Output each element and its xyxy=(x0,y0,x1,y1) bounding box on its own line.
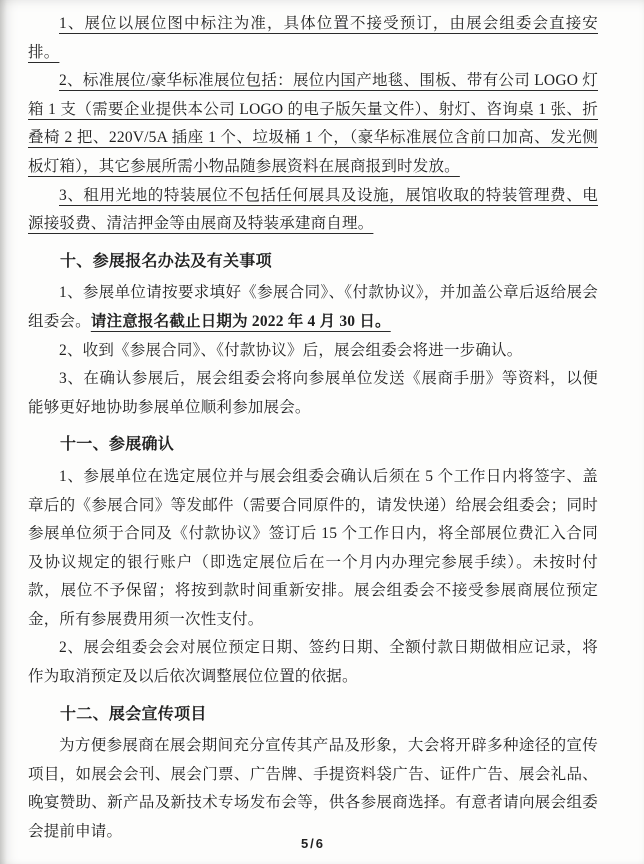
text-run: 2、标准展位/豪华标准展位包括：展位内国产地毯、围板、带有公司 LOGO 灯箱 … xyxy=(28,72,598,175)
emphasis-text-run: 请注意报名截止日期为 2022 年 4 月 30 日。 xyxy=(91,313,391,330)
paragraph: 3、在确认参展后，展会组委会将向参展单位发送《展商手册》等资料，以便能够更好地协… xyxy=(28,365,598,422)
paragraph: 1、参展单位在选定展位并与展会组委会确认后须在 5 个工作日内将签字、盖章后的《… xyxy=(28,463,598,635)
text-block: 1、展位以展位图中标注为准，具体位置不接受预订，由展会组委会直接安排。2、标准展… xyxy=(28,10,598,847)
text-run: 2、展会组委会会对展位预定日期、签约日期、全额付款日期做相应记录，将作为取消预定… xyxy=(28,639,598,685)
page-footer: 5/6 xyxy=(28,836,598,851)
paragraph: 1、参展单位请按要求填好《参展合同》、《付款协议》，并加盖公章后返给展会组委会。… xyxy=(28,279,598,336)
emphasis-text-run: 十二、展会宣传项目 xyxy=(60,706,207,723)
scan-edge-shadow xyxy=(0,0,7,864)
paragraph: 为方便参展商在展会期间充分宣传其产品及形象，大会将开辟多种途径的宣传项目，如展会… xyxy=(28,732,598,846)
paragraph: 2、展会组委会会对展位预定日期、签约日期、全额付款日期做相应记录，将作为取消预定… xyxy=(28,634,598,691)
text-run: 为方便参展商在展会期间充分宣传其产品及形象，大会将开辟多种途径的宣传项目，如展会… xyxy=(28,737,598,840)
text-run: 1、参展单位在选定展位并与展会组委会确认后须在 5 个工作日内将签字、盖章后的《… xyxy=(28,468,598,628)
section-heading: 十一、参展确认 xyxy=(28,431,598,460)
emphasis-text-run: 十、参展报名办法及有关事项 xyxy=(60,253,272,270)
paragraph: 1、展位以展位图中标注为准，具体位置不接受预订，由展会组委会直接安排。 xyxy=(28,10,598,67)
paragraph: 2、收到《参展合同》、《付款协议》后，展会组委会将进一步确认。 xyxy=(28,337,598,366)
paragraph: 2、标准展位/豪华标准展位包括：展位内国产地毯、围板、带有公司 LOGO 灯箱 … xyxy=(28,67,598,181)
section-heading: 十二、展会宣传项目 xyxy=(28,701,598,730)
paragraph: 3、租用光地的特装展位不包括任何展具及设施，展馆收取的特装管理费、电源接驳费、清… xyxy=(28,182,598,239)
text-run: 1、展位以展位图中标注为准，具体位置不接受预订，由展会组委会直接安排。 xyxy=(28,15,598,61)
document-page: 1、展位以展位图中标注为准，具体位置不接受预订，由展会组委会直接安排。2、标准展… xyxy=(0,0,644,864)
emphasis-text-run: 十一、参展确认 xyxy=(60,436,174,453)
section-heading: 十、参展报名办法及有关事项 xyxy=(28,248,598,277)
text-run: 3、租用光地的特装展位不包括任何展具及设施，展馆收取的特装管理费、电源接驳费、清… xyxy=(28,187,598,233)
text-run: 3、在确认参展后，展会组委会将向参展单位发送《展商手册》等资料，以便能够更好地协… xyxy=(28,370,598,416)
text-run: 2、收到《参展合同》、《付款协议》后，展会组委会将进一步确认。 xyxy=(59,342,522,359)
